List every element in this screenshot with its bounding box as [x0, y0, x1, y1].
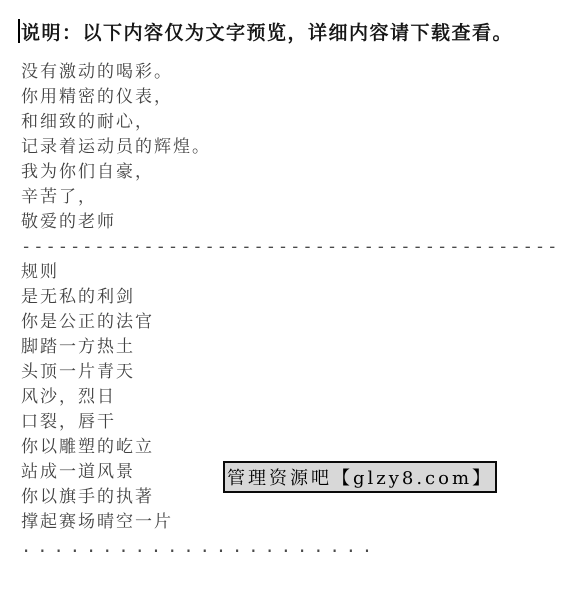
divider-dashes: ----------------------------------------…	[21, 235, 441, 260]
poem-line: 敬爱的老师	[21, 210, 441, 235]
poem-line: 头顶一片青天	[21, 360, 441, 385]
poem-line: 辛苦了，	[21, 185, 441, 210]
poem-line: 撑起赛场晴空一片	[21, 510, 441, 535]
poem-line: 和细致的耐心，	[21, 110, 441, 135]
ellipsis-dots-line: ......................	[21, 535, 441, 560]
watermark-box: 管理资源吧【glzy8.com】	[223, 461, 497, 493]
poem-line: 你用精密的仪表，	[21, 85, 441, 110]
poem-line: 你是公正的法官	[21, 310, 441, 335]
poem-line: 风沙，烈日	[21, 385, 441, 410]
poem-line: 你以雕塑的屹立	[21, 435, 441, 460]
poem-line: 脚踏一方热土	[21, 335, 441, 360]
poem-line: 规则	[21, 260, 441, 285]
poem-line: 是无私的利剑	[21, 285, 441, 310]
poem-line: 口裂，唇干	[21, 410, 441, 435]
poem-line: 记录着运动员的辉煌。	[21, 135, 441, 160]
poem-line: 我为你们自豪，	[21, 160, 441, 185]
preview-notice: 说明：以下内容仅为文字预览，详细内容请下载查看。	[21, 18, 561, 45]
poem-line: 没有激动的喝彩。	[21, 60, 441, 85]
watermark-label: 管理资源吧【glzy8.com】	[227, 464, 493, 490]
text-caret-icon	[18, 19, 20, 43]
document-preview-page: 说明：以下内容仅为文字预览，详细内容请下载查看。 没有激动的喝彩。 你用精密的仪…	[0, 0, 578, 600]
